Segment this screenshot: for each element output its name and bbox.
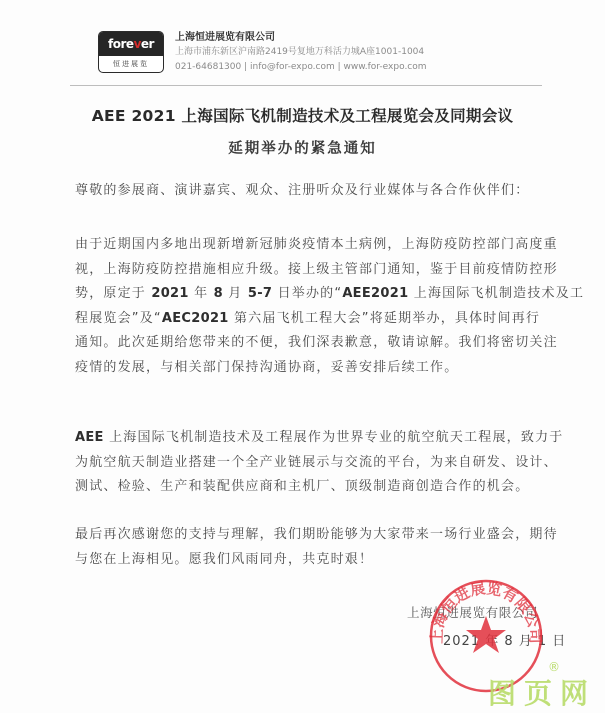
text-line: 视，上海防疫防控措施相应升级。接上级主管部门通知，鉴于目前疫情防控形 (75, 258, 535, 283)
date-rest: 年 8 月 1 日 (480, 634, 566, 649)
text-fragment: 第六届飞机工程大会”将延期举办，具体时间再行 (229, 311, 540, 326)
notice-subtitle: 延期举办的紧急通知 (0, 137, 605, 158)
signature-company: 上海恒进展览有限公司 (407, 603, 538, 621)
text-line: AEE 上海国际飞机制造技术及工程展作为世界专业的航空航天工程展，致力于 (75, 426, 535, 451)
signature-date: 2021 年 8 月 1 日 (443, 630, 566, 649)
text-line: 通知。此次延期给您带来的不便，我们深表歉意，敬请谅解。我们将密切关注 (75, 331, 535, 356)
text-line: 为航空航天制造业搭建一个全产业链展示与交流的平台，为来自研发、设计、 (75, 451, 535, 476)
text-fragment: 月 (223, 286, 248, 301)
document-page: forever 恒进展览 上海恒进展览有限公司 上海市浦东新区沪南路2419号复… (0, 0, 605, 713)
company-info: 上海恒进展览有限公司 上海市浦东新区沪南路2419号复地万科活力城A座1001-… (175, 31, 427, 75)
forever-logo: forever 恒进展览 (98, 31, 164, 73)
text-line: 由于近期国内多地出现新增新冠肺炎疫情本土病例，上海防疫防控部门高度重 (75, 233, 535, 258)
text-line: 程展览会”及“AEC2021 第六届飞机工程大会”将延期举办，具体时间再行 (75, 307, 535, 332)
text-fragment: 日举办的“ (272, 286, 342, 301)
brand-aee: AEE (75, 430, 104, 445)
paragraph-postponement: 由于近期国内多地出现新增新冠肺炎疫情本土病例，上海防疫防控部门高度重 视，上海防… (75, 233, 535, 380)
company-address: 上海市浦东新区沪南路2419号复地万科活力城A座1001-1004 (175, 45, 427, 60)
logo-accent: v (134, 37, 141, 51)
salutation: 尊敬的参展商、演讲嘉宾、观众、注册听众及行业媒体与各合作伙伴们： (75, 179, 535, 204)
salutation-text: 尊敬的参展商、演讲嘉宾、观众、注册听众及行业媒体与各合作伙伴们： (75, 179, 535, 204)
logo-text: er (141, 37, 154, 51)
watermark-logo: 图页网 (488, 672, 596, 712)
text-fragment: 程展览会”及“ (75, 311, 162, 326)
text-fragment: 势，原定于 (75, 286, 151, 301)
logo-wordmark: forever (99, 32, 163, 56)
paragraph-closing: 最后再次感谢您的支持与理解，我们期盼能够为大家带来一场行业盛会，期待 与您在上海… (75, 523, 535, 572)
text-fragment: 上海国际飞机制造技术及工程展作为世界专业的航空航天工程展，致力于 (104, 430, 564, 445)
text-line: 最后再次感谢您的支持与理解，我们期盼能够为大家带来一场行业盛会，期待 (75, 523, 535, 548)
original-year: 2021 (151, 286, 188, 301)
date-year: 2021 (443, 634, 480, 649)
paragraph-about: AEE 上海国际飞机制造技术及工程展作为世界专业的航空航天工程展，致力于 为航空… (75, 426, 535, 500)
logo-text: fore (108, 37, 134, 51)
company-contact: 021-64681300 | info@for-expo.com | www.f… (175, 60, 427, 75)
text-line: 疫情的发展，与相关部门保持沟通协商，妥善安排后续工作。 (75, 356, 535, 381)
company-name: 上海恒进展览有限公司 (175, 31, 427, 45)
notice-title: AEE 2021 上海国际飞机制造技术及工程展览会及同期会议 (0, 104, 605, 126)
text-fragment: 年 (189, 286, 214, 301)
event-name-aee: AEE2021 (342, 286, 408, 301)
original-days: 5-7 (248, 286, 272, 301)
original-month: 8 (214, 286, 223, 301)
text-line: 势，原定于 2021 年 8 月 5-7 日举办的“AEE2021 上海国际飞机… (75, 282, 535, 307)
text-line: 与您在上海相见。愿我们风雨同舟，共克时艰！ (75, 548, 535, 573)
logo-subtitle: 恒进展览 (99, 56, 163, 72)
text-fragment: 上海国际飞机制造技术及工 (408, 286, 584, 301)
header-divider (70, 85, 542, 86)
event-name-aec: AEC2021 (162, 311, 229, 326)
text-line: 测试、检验、生产和装配供应商和主机厂、顶级制造商创造合作的机会。 (75, 475, 535, 500)
registered-mark: ® (548, 660, 560, 674)
